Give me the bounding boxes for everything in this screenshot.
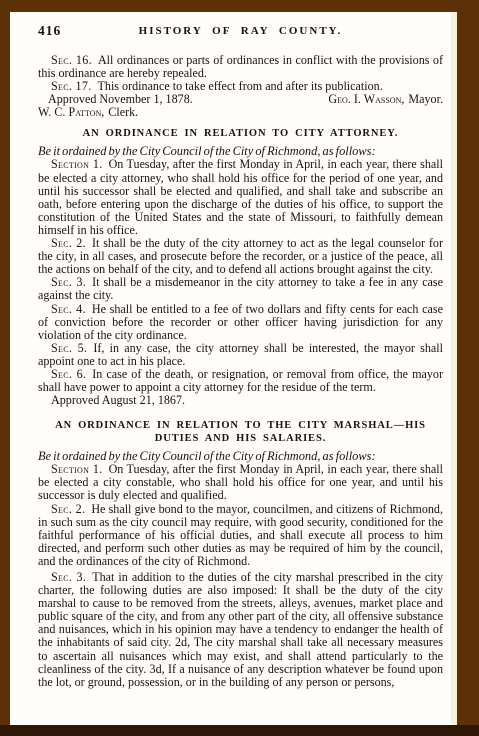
section-text: He shall be entitled to a fee of two dol… <box>38 302 443 342</box>
ordinance-heading-city-attorney: AN ORDINANCE IN RELATION TO CITY ATTORNE… <box>38 127 443 140</box>
section-lead: Section 1. <box>51 157 103 171</box>
clerk-signature: W. C. Patton,Clerk. <box>38 106 443 119</box>
page-edge-shadow <box>451 12 457 726</box>
section-text: That in addition to the duties of the ci… <box>38 570 443 689</box>
section-lead: Sec. 16. <box>51 53 92 67</box>
section-lead: Sec. 3. <box>51 570 86 584</box>
page-header: 416 HISTORY OF RAY COUNTY. <box>38 20 443 44</box>
section-text: It shall be a misdemeanor in the city at… <box>38 275 443 302</box>
mayor-title: Mayor. <box>408 92 443 106</box>
section-lead: Sec. 5. <box>51 341 87 355</box>
paragraph-attorney-sec-1: Section 1.On Tuesday, after the first Mo… <box>38 158 443 237</box>
book-page: 416 HISTORY OF RAY COUNTY. Sec. 16.All o… <box>10 12 457 726</box>
paragraph-marshal-sec-1: Section 1.On Tuesday, after the first Mo… <box>38 463 443 502</box>
section-lead: Sec. 4. <box>51 302 86 316</box>
ordinance-heading-city-marshal: AN ORDINANCE IN RELATION TO THE CITY MAR… <box>38 419 443 445</box>
paragraph-attorney-sec-4: Sec. 4.He shall be entitled to a fee of … <box>38 303 443 342</box>
section-text: In case of the death, or resignation, or… <box>38 367 443 394</box>
approved-date-line: Approved August 21, 1867. <box>38 394 443 407</box>
section-text: He shall give bond to the mayor, council… <box>38 502 443 568</box>
section-lead: Sec. 2. <box>51 236 86 250</box>
section-lead: Sec. 6. <box>51 367 86 381</box>
paragraph-attorney-sec-3: Sec. 3.It shall be a misdemeanor in the … <box>38 276 443 302</box>
section-lead: Section 1. <box>51 462 103 476</box>
section-lead: Sec. 3. <box>51 275 86 289</box>
paragraph-attorney-sec-5: Sec. 5.If, in any case, the city attorne… <box>38 342 443 368</box>
enacting-clause: Be it ordained by the City Council of th… <box>38 144 443 158</box>
clerk-name: W. C. Patton, <box>38 105 104 119</box>
section-lead: Sec. 17. <box>51 79 92 93</box>
clerk-title: Clerk. <box>108 105 138 119</box>
scan-border-bottom <box>0 725 479 736</box>
section-lead: Sec. 2. <box>51 502 85 516</box>
enacting-clause: Be it ordained by the City Council of th… <box>38 449 443 463</box>
paragraph-sec-16: Sec. 16.All ordinances or parts of ordin… <box>38 54 443 80</box>
section-text: It shall be the duty of the city attorne… <box>38 236 443 276</box>
mayor-signature: Geo. I. Wasson,Mayor. <box>328 93 443 106</box>
paragraph-attorney-sec-2: Sec. 2.It shall be the duty of the city … <box>38 237 443 276</box>
paragraph-attorney-sec-6: Sec. 6.In case of the death, or resignat… <box>38 368 443 394</box>
section-text: All ordinances or parts of ordinances in… <box>38 53 443 80</box>
mayor-name: Geo. I. Wasson, <box>328 92 404 106</box>
scanned-book-page: { "frame_color": "#5d3107", "page": { "n… <box>0 0 479 736</box>
paragraph-marshal-sec-2: Sec. 2.He shall give bond to the mayor, … <box>38 503 443 568</box>
section-text: This ordinance to take effect from and a… <box>98 79 383 93</box>
paragraph-marshal-sec-3: Sec. 3.That in addition to the duties of… <box>38 571 443 689</box>
running-title: HISTORY OF RAY COUNTY. <box>38 25 443 37</box>
section-text: If, in any case, the city attorney shall… <box>38 341 443 368</box>
